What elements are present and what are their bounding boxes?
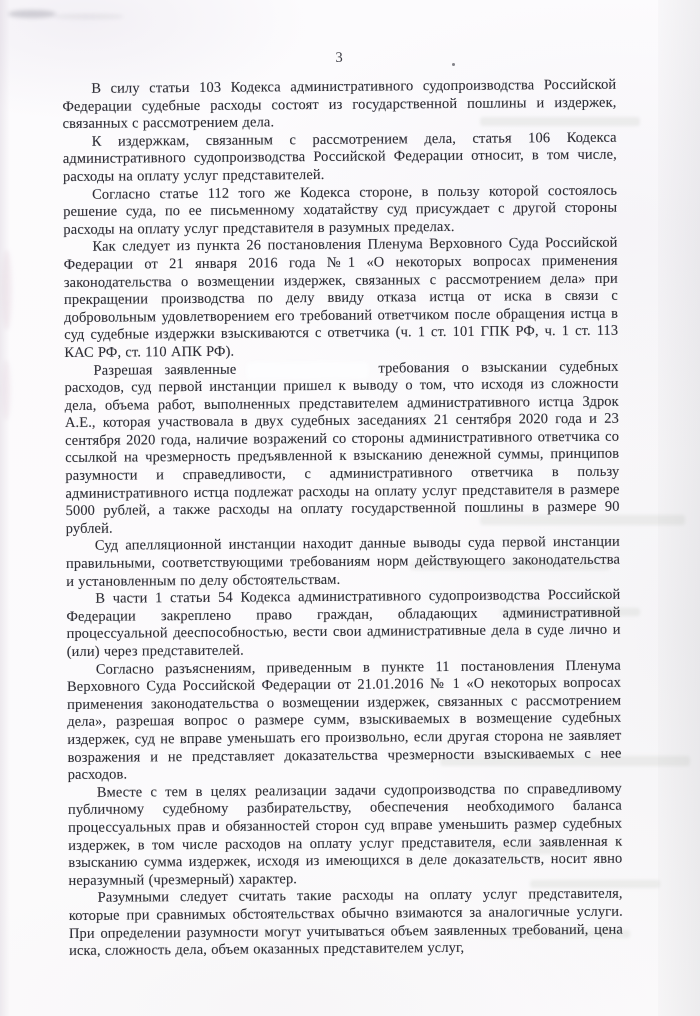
- paragraph: К издержкам, связанным с рассмотрением д…: [63, 129, 617, 186]
- document-body: В силу статьи 103 Кодекса административн…: [62, 77, 623, 961]
- paragraph: Разрешая заявленные требования о взыскан…: [64, 358, 619, 538]
- document-content: 3 В силу статьи 103 Кодекса администрати…: [62, 48, 623, 961]
- scanned-page: 3 В силу статьи 103 Кодекса администрати…: [0, 0, 700, 1016]
- paragraph: Суд апелляционной инстанции находит данн…: [66, 534, 620, 591]
- scan-smudge-artifact: [2, 250, 12, 330]
- paragraph: В части 1 статьи 54 Кодекса администрати…: [66, 587, 621, 662]
- paragraph: Вместе с тем в целях реализации задачи с…: [68, 780, 623, 890]
- scan-left-edge-artifact: [0, 0, 10, 1016]
- scan-smudge-artifact: [2, 360, 11, 420]
- paragraph: Разумными следует считать такие расходы …: [69, 886, 624, 961]
- paragraph: Согласно разъяснениям, приведенным в пун…: [67, 657, 622, 785]
- paragraph: Согласно статье 112 того же Кодекса стор…: [63, 182, 617, 239]
- scan-smudge-artifact: [54, 14, 124, 19]
- paragraph: Как следует из пункта 26 постановления П…: [63, 235, 618, 363]
- scan-smudge-artifact: [8, 10, 56, 18]
- page-number: 3: [62, 48, 616, 69]
- scan-right-edge-artifact: [658, 0, 700, 1016]
- redaction-box: [248, 363, 366, 377]
- paragraph: В силу статьи 103 Кодекса административн…: [62, 77, 616, 134]
